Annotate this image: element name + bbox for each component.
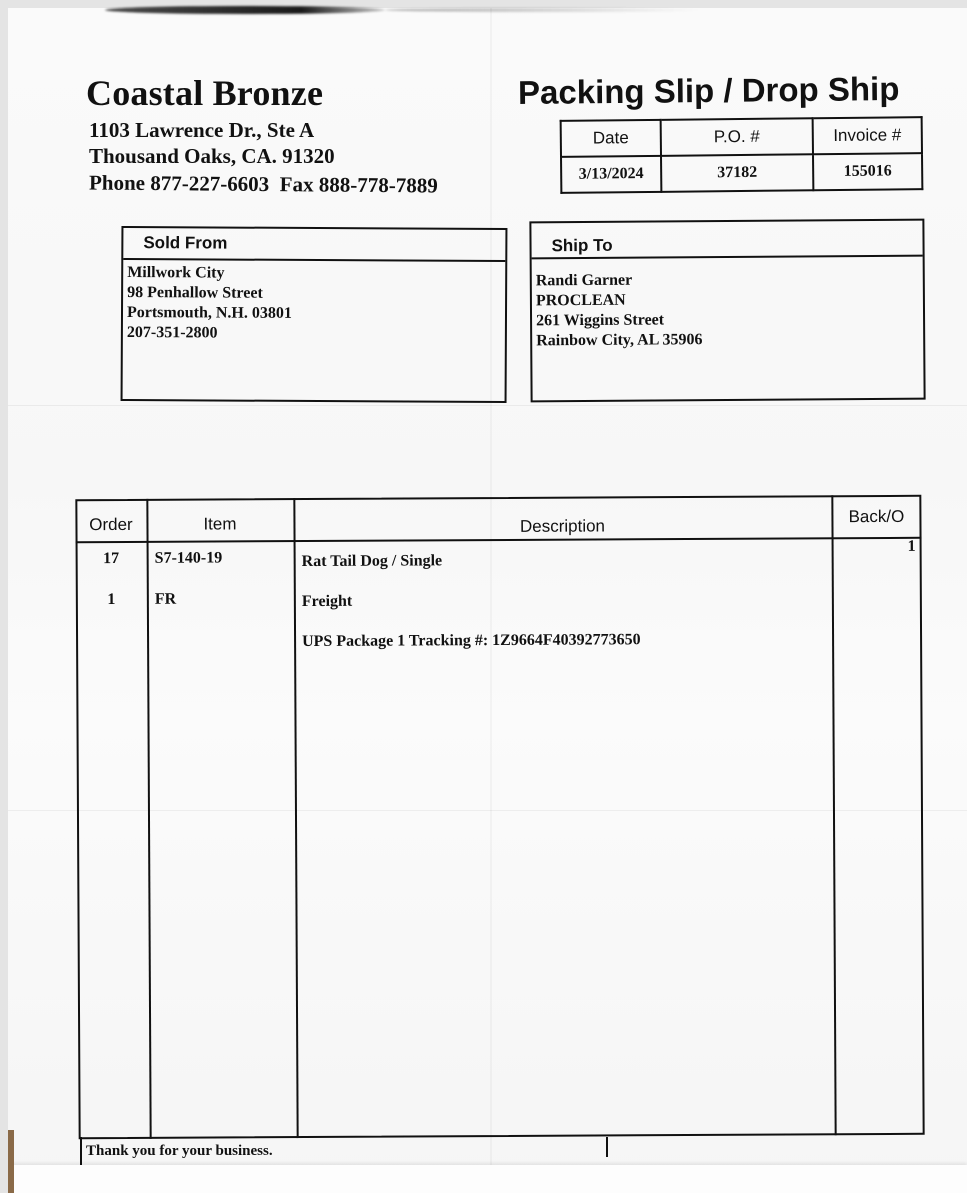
company-contact: Phone 877-227-6603 Fax 888-778-7889 — [89, 170, 438, 198]
fold-line — [8, 405, 967, 406]
po-header: P.O. # — [661, 118, 813, 156]
sold-from-line: Millwork City — [127, 263, 501, 285]
invoice-header: Invoice # — [813, 117, 922, 154]
item-code: S7-140-19 — [155, 549, 223, 567]
date-value: 3/13/2024 — [561, 156, 661, 193]
page-edge-shadow — [385, 8, 705, 12]
page-edge-shadow — [105, 6, 385, 14]
footer: Thank you for your business. — [80, 1137, 862, 1167]
backorder-column-header: Back/O — [831, 507, 921, 527]
invoice-value: 155016 — [813, 153, 922, 190]
ship-to-line: Randi Garner — [536, 269, 919, 292]
thank-you-note: Thank you for your business. — [86, 1143, 273, 1160]
ship-to-line: 261 Wiggins Street — [536, 309, 919, 332]
surface-edge — [8, 1130, 14, 1193]
line-items-table: Order Item Description Back/O 17 S7-140-… — [75, 495, 924, 1139]
date-header: Date — [561, 120, 661, 157]
sold-from-line: 98 Penhallow Street — [127, 283, 501, 305]
order-column-header: Order — [75, 515, 146, 535]
item-column-header: Item — [146, 514, 293, 535]
item-code: FR — [155, 591, 176, 609]
table-frame — [75, 495, 924, 1139]
sold-from-box: Sold From Millwork City 98 Penhallow Str… — [121, 226, 508, 403]
ship-to-line: PROCLEAN — [536, 289, 919, 312]
order-meta-table: Date P.O. # Invoice # 3/13/2024 37182 15… — [560, 116, 924, 194]
description-column-header: Description — [293, 515, 831, 538]
sold-from-label: Sold From — [123, 228, 505, 262]
ship-to-line: Rainbow City, AL 35906 — [536, 329, 919, 352]
footer-divider — [606, 1137, 608, 1157]
sold-from-line: Portsmouth, N.H. 03801 — [127, 303, 501, 325]
underlying-sheet — [10, 1165, 967, 1193]
ship-to-box: Ship To Randi Garner PROCLEAN 261 Wiggin… — [529, 219, 925, 403]
company-address-line2: Thousand Oaks, CA. 91320 — [89, 144, 335, 169]
company-name: Coastal Bronze — [86, 72, 323, 114]
sold-from-line: 207-351-2800 — [127, 323, 501, 345]
document-title: Packing Slip / Drop Ship — [518, 70, 900, 112]
ship-to-label: Ship To — [531, 221, 922, 260]
company-address-line1: 1103 Lawrence Dr., Ste A — [89, 118, 314, 143]
item-description: Freight — [302, 593, 352, 611]
item-description: Rat Tail Dog / Single — [302, 552, 443, 571]
backorder-qty: 1 — [908, 538, 916, 556]
order-qty: 17 — [76, 550, 147, 568]
tracking-number: UPS Package 1 Tracking #: 1Z9664F4039277… — [302, 631, 641, 651]
order-qty: 1 — [76, 591, 147, 609]
po-value: 37182 — [661, 154, 813, 192]
